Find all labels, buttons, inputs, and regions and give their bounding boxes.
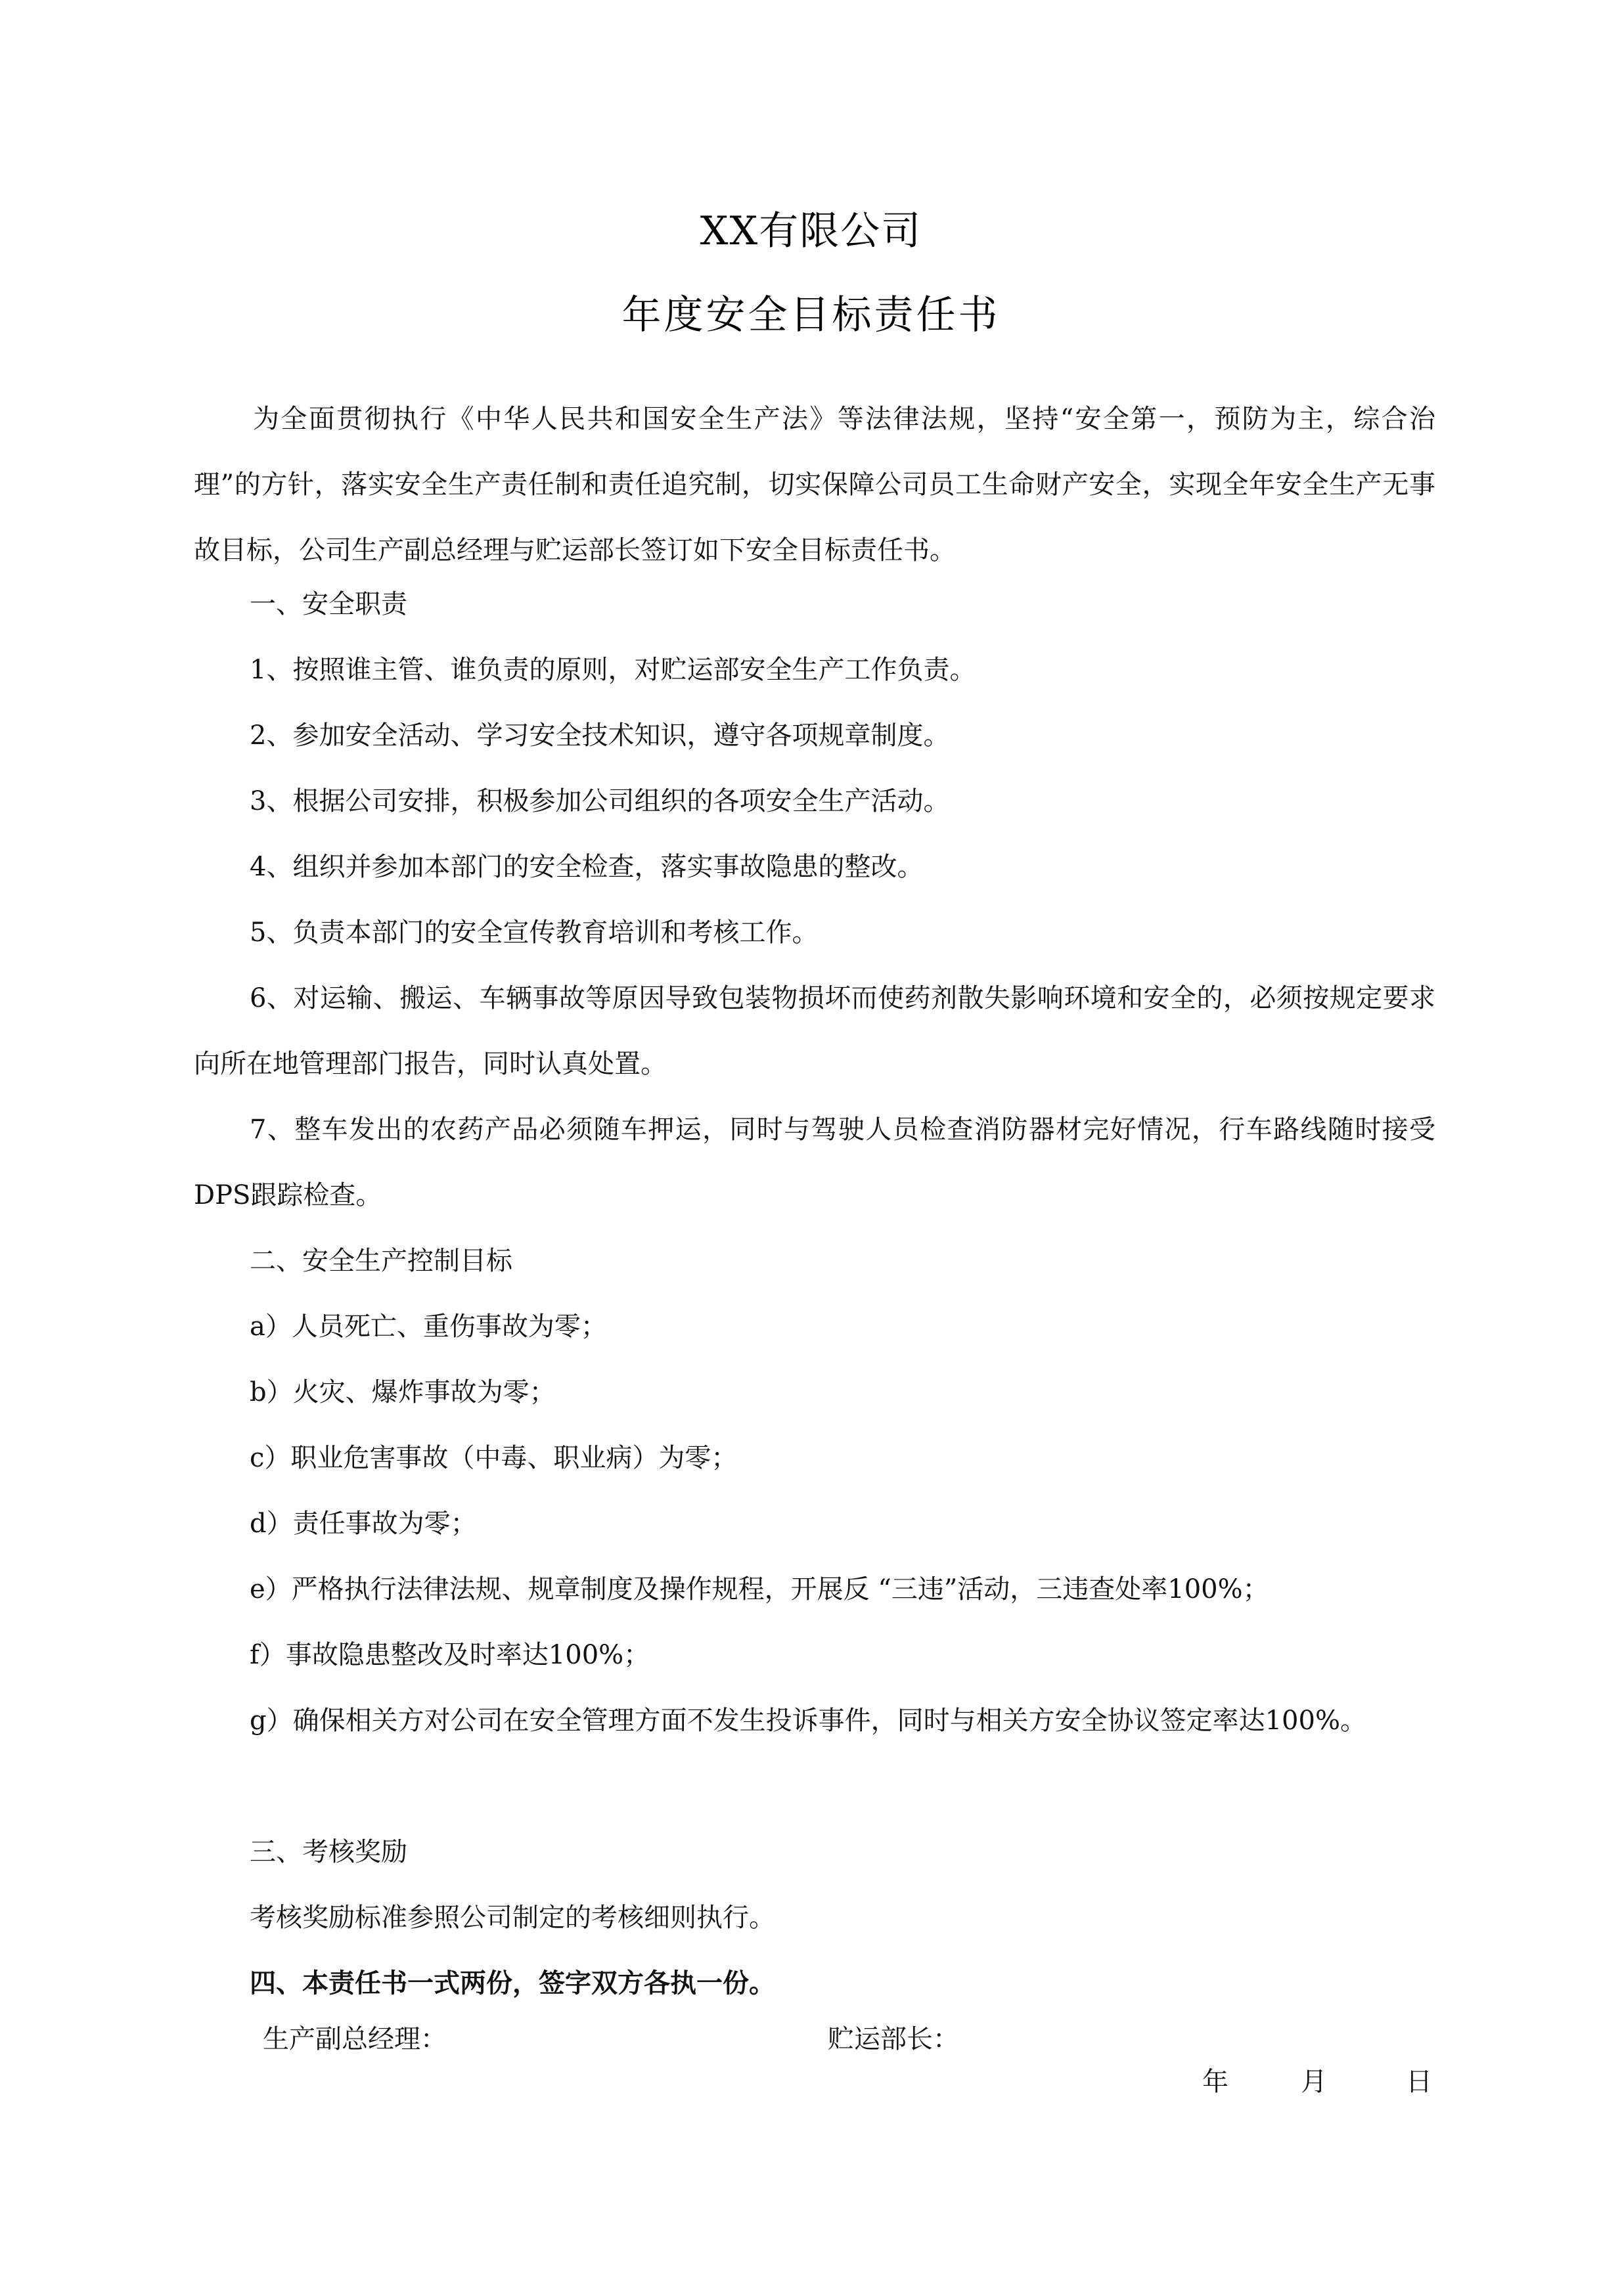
- section-heading-assessment: 三、考核奖励: [250, 1832, 407, 1872]
- document-page: XX有限公司 年度安全目标责任书 为全面贯彻执行《中华人民共和国安全生产法》等法…: [0, 0, 1622, 2296]
- responsibility-item-2: 2、参加安全活动、学习安全技术知识，遵守各项规章制度。: [250, 716, 949, 755]
- target-item-g: g）确保相关方对公司在安全管理方面不发生投诉事件，同时与相关方安全协议签定率达1…: [194, 1688, 1435, 1754]
- date-year: 年: [1202, 2062, 1228, 2102]
- responsibility-item-5: 5、负责本部门的安全宣传教育培训和考核工作。: [250, 913, 818, 952]
- company-title: XX有限公司: [0, 205, 1622, 257]
- date-day: 日: [1406, 2062, 1432, 2102]
- responsibility-item-1: 1、按照谁主管、谁负责的原则，对贮运部安全生产工作负责。: [250, 650, 976, 690]
- target-item-c: c）职业危害事故（中毒、职业病）为零；: [250, 1438, 737, 1478]
- target-item-b: b）火灾、爆炸事故为零；: [250, 1373, 556, 1412]
- responsibility-item-7: 7、整车发出的农药产品必须随车押运，同时与驾驶人员检查消防器材完好情况，行车路线…: [194, 1097, 1435, 1228]
- signature-label-storage-head: 贮运部长：: [828, 2020, 959, 2059]
- date-month: 月: [1301, 2062, 1327, 2102]
- assessment-text: 考核奖励标准参照公司制定的考核细则执行。: [250, 1898, 775, 1937]
- signature-label-deputy-gm: 生产副总经理：: [263, 2020, 447, 2059]
- section-heading-responsibilities: 一、安全职责: [250, 585, 407, 624]
- section-heading-targets: 二、安全生产控制目标: [250, 1241, 512, 1281]
- responsibility-item-4: 4、组织并参加本部门的安全检查，落实事故隐患的整改。: [250, 847, 923, 887]
- target-item-e: e）严格执行法律法规、规章制度及操作规程，开展反 “三违”活动，三违查处率100…: [250, 1570, 1269, 1609]
- intro-paragraph: 为全面贯彻执行《中华人民共和国安全生产法》等法律法规，坚持“安全第一，预防为主，…: [194, 386, 1435, 583]
- responsibility-item-6: 6、对运输、搬运、车辆事故等原因导致包装物损坏而使药剂散失影响环境和安全的，必须…: [194, 965, 1435, 1097]
- target-item-a: a）人员死亡、重伤事故为零；: [250, 1307, 607, 1346]
- target-item-f: f）事故隐患整改及时率达100%；: [250, 1635, 650, 1675]
- document-title: 年度安全目标责任书: [0, 289, 1622, 342]
- responsibility-item-3: 3、根据公司安排，积极参加公司组织的各项安全生产活动。: [250, 782, 949, 821]
- target-item-d: d）责任事故为零；: [250, 1504, 477, 1543]
- section-heading-copies: 四、本责任书一式两份，签字双方各执一份。: [250, 1964, 775, 2003]
